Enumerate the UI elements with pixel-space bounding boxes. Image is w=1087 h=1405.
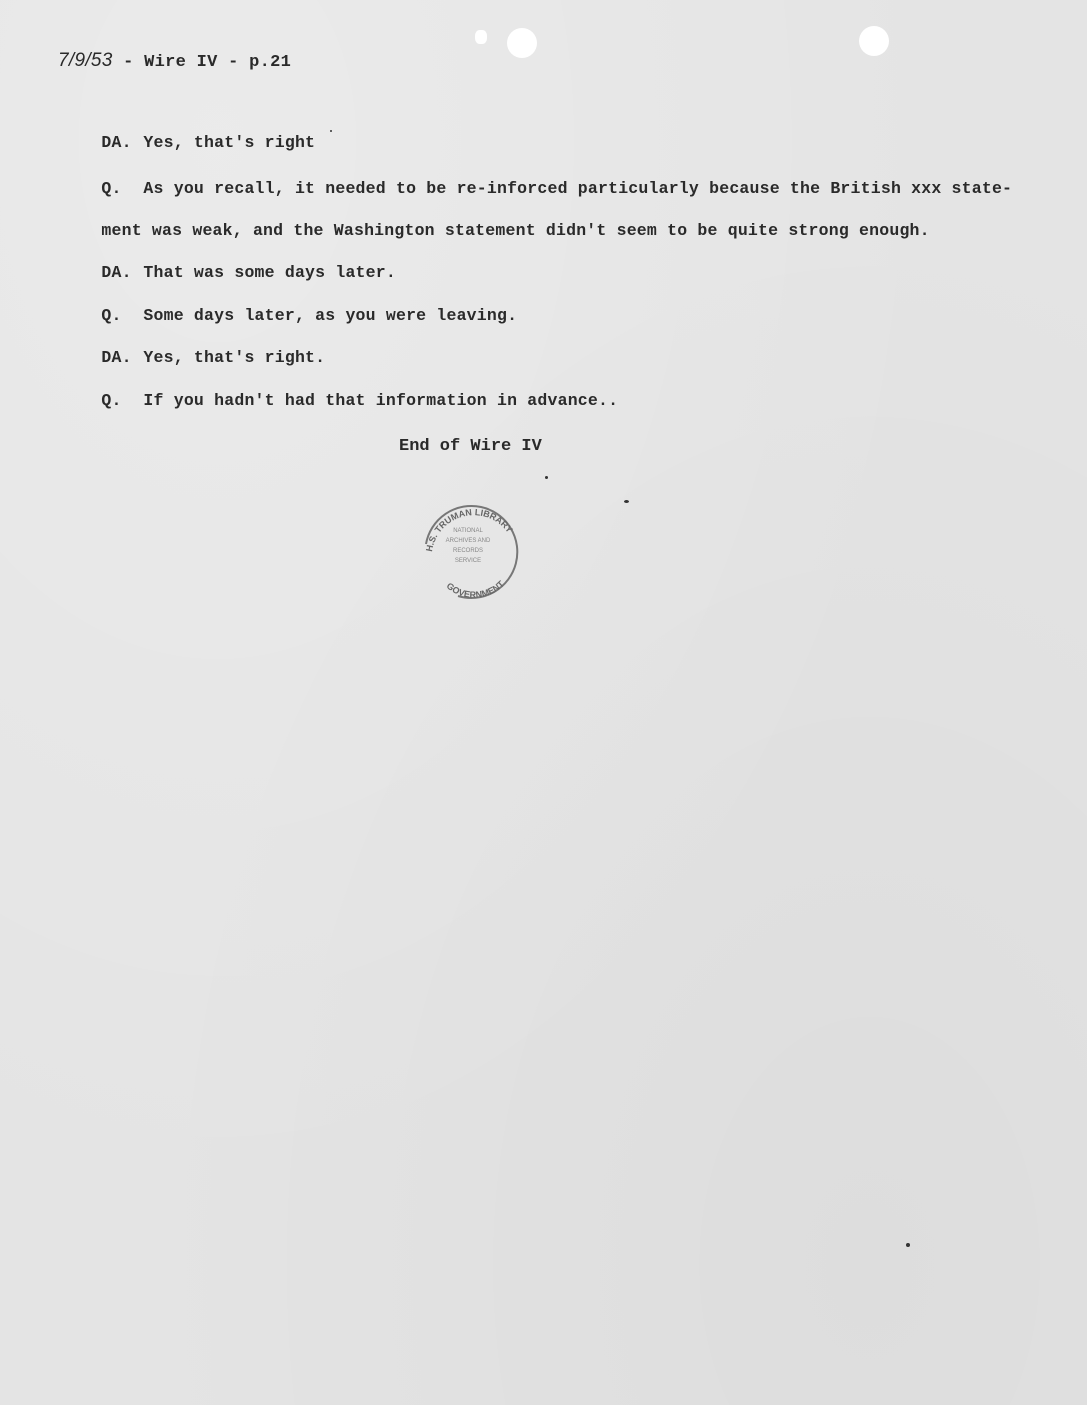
header-title: Wire IV - p.21 (144, 53, 291, 72)
utterance-text: That was some days later. (143, 263, 396, 282)
utterance-text: ment was weak, and the Washington statem… (101, 221, 929, 240)
punch-hole (507, 28, 537, 58)
stamp-inner-line: RECORDS (453, 548, 483, 554)
paper-speck (624, 500, 629, 503)
transcript-line: Q.If you hadn't had that information in … (61, 372, 618, 429)
paper-speck (545, 476, 548, 479)
utterance-text: As you recall, it needed to be re-inforc… (143, 179, 1012, 198)
page-header: 7/9/53 - Wire IV - p.21 (58, 50, 291, 72)
utterance-text: Yes, that's right (143, 133, 315, 152)
utterance-text: Some days later, as you were leaving. (143, 306, 517, 325)
speaker-label: DA. (101, 348, 143, 367)
header-date: 7/9/53 (58, 50, 113, 71)
punch-mark (475, 30, 487, 44)
library-stamp-icon: H.S. TRUMAN LIBRARY GOVERNMENT NATIONAL … (418, 492, 522, 602)
stamp-outer-bottom: GOVERNMENT (445, 578, 507, 599)
utterance-text: Yes, that's right. (143, 348, 325, 367)
speaker-label: DA. (101, 133, 143, 152)
speaker-label: DA. (101, 263, 143, 282)
document-page: 7/9/53 - Wire IV - p.21 DA.Yes, that's r… (0, 0, 1087, 1405)
stamp-inner-line: NATIONAL (453, 528, 483, 534)
end-of-wire-title: End of Wire IV (399, 437, 542, 456)
stamp-inner-line: SERVICE (455, 558, 481, 564)
header-separator: - (113, 53, 145, 72)
paper-speck (330, 130, 332, 132)
speaker-label: Q. (101, 391, 143, 410)
stamp-inner-line: ARCHIVES AND (446, 538, 491, 544)
speaker-label: Q. (101, 306, 143, 325)
paper-speck (906, 1243, 910, 1247)
utterance-text: If you hadn't had that information in ad… (143, 391, 618, 410)
punch-hole (859, 26, 889, 56)
svg-text:GOVERNMENT: GOVERNMENT (445, 578, 507, 599)
speaker-label: Q. (101, 179, 143, 198)
